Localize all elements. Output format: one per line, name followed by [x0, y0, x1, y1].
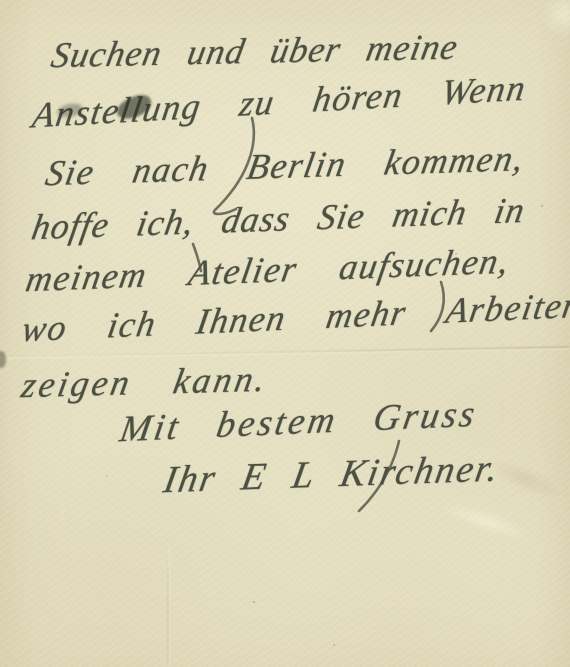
letter-page: Suchen und über meine Anstellung zu höre…	[0, 0, 570, 667]
handwritten-line-2: Anstellung zu hören Wenn	[29, 66, 529, 136]
handwritten-line-4: hoffe ich, dass Sie mich in	[29, 189, 529, 248]
paper-crease-horizontal	[0, 346, 570, 358]
paper-crease-vertical	[167, 545, 169, 667]
paper-wrinkle-shadow	[468, 441, 570, 517]
paper-dust-specks	[0, 0, 2, 2]
paper-edge-mark	[0, 351, 6, 368]
handwritten-line-3: Sie nach Berlin kommen,	[42, 137, 528, 194]
handwritten-line-1: Suchen und über meine	[48, 25, 462, 76]
signature-line: Ihr E L Kirchner.	[160, 446, 503, 502]
handwritten-line-7: zeigen kann.	[18, 358, 272, 407]
